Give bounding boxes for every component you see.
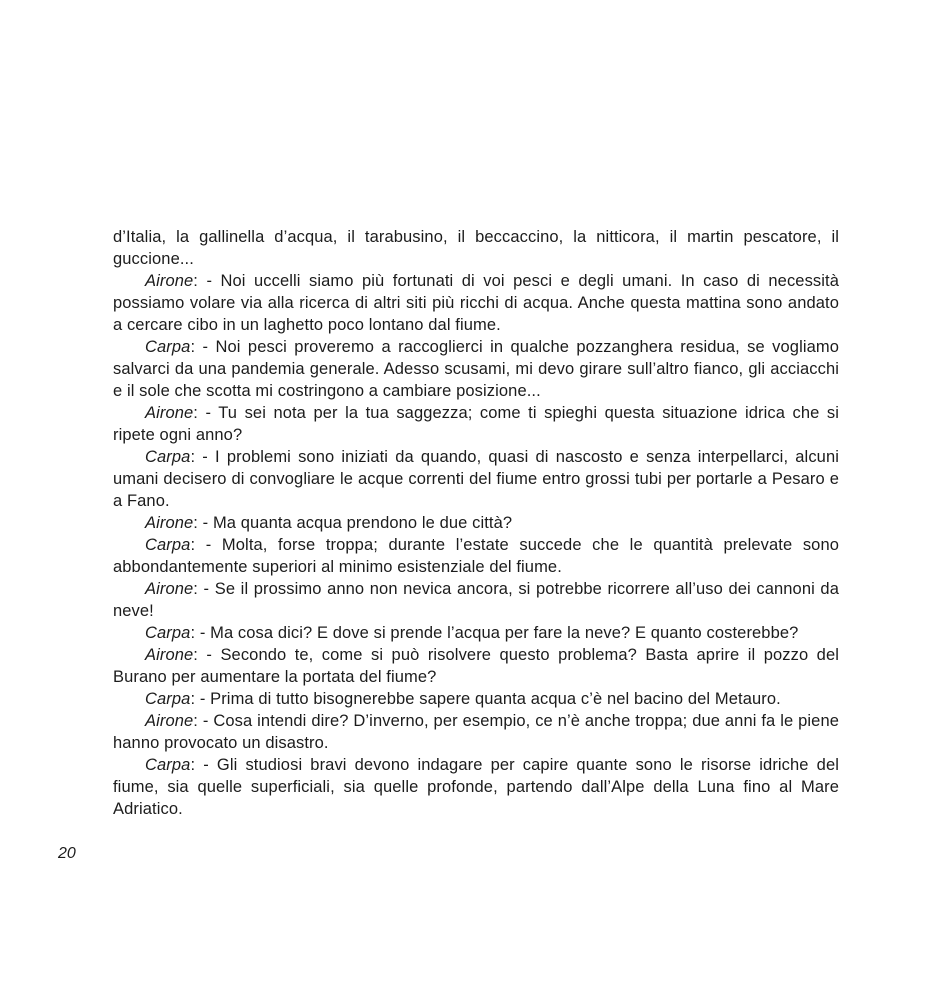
paragraph: d’Italia, la gallinella d’acqua, il tara… <box>113 226 839 270</box>
speaker-name: Airone <box>145 646 193 664</box>
speaker-name: Carpa <box>145 756 190 774</box>
text-column: d’Italia, la gallinella d’acqua, il tara… <box>113 226 839 820</box>
paragraph: Carpa: - Ma cosa dici? E dove si prende … <box>113 622 839 644</box>
speaker-name: Carpa <box>145 338 190 356</box>
paragraph: Carpa: - Molta, forse troppa; durante l’… <box>113 534 839 578</box>
paragraph: Airone: - Noi uccelli siamo più fortunat… <box>113 270 839 336</box>
speaker-name: Carpa <box>145 448 190 466</box>
speaker-name: Airone <box>145 404 193 422</box>
paragraph: Airone: - Secondo te, come si può risolv… <box>113 644 839 688</box>
speaker-name: Airone <box>145 272 193 290</box>
speaker-name: Carpa <box>145 536 190 554</box>
paragraph: Airone: - Cosa intendi dire? D’inverno, … <box>113 710 839 754</box>
speaker-name: Airone <box>145 580 193 598</box>
paragraph: Carpa: - Prima di tutto bisognerebbe sap… <box>113 688 839 710</box>
paragraph: Airone: - Se il prossimo anno non nevica… <box>113 578 839 622</box>
speaker-name: Carpa <box>145 624 190 642</box>
paragraph: Airone: - Ma quanta acqua prendono le du… <box>113 512 839 534</box>
paragraph: Carpa: - I problemi sono iniziati da qua… <box>113 446 839 512</box>
document-page: d’Italia, la gallinella d’acqua, il tara… <box>0 0 942 1000</box>
speaker-name: Airone <box>145 712 193 730</box>
speaker-name: Carpa <box>145 690 190 708</box>
paragraph: Carpa: - Gli studiosi bravi devono indag… <box>113 754 839 820</box>
speaker-name: Airone <box>145 514 193 532</box>
paragraph: Airone: - Tu sei nota per la tua saggezz… <box>113 402 839 446</box>
page-number: 20 <box>58 843 76 865</box>
paragraph: Carpa: - Noi pesci proveremo a raccoglie… <box>113 336 839 402</box>
